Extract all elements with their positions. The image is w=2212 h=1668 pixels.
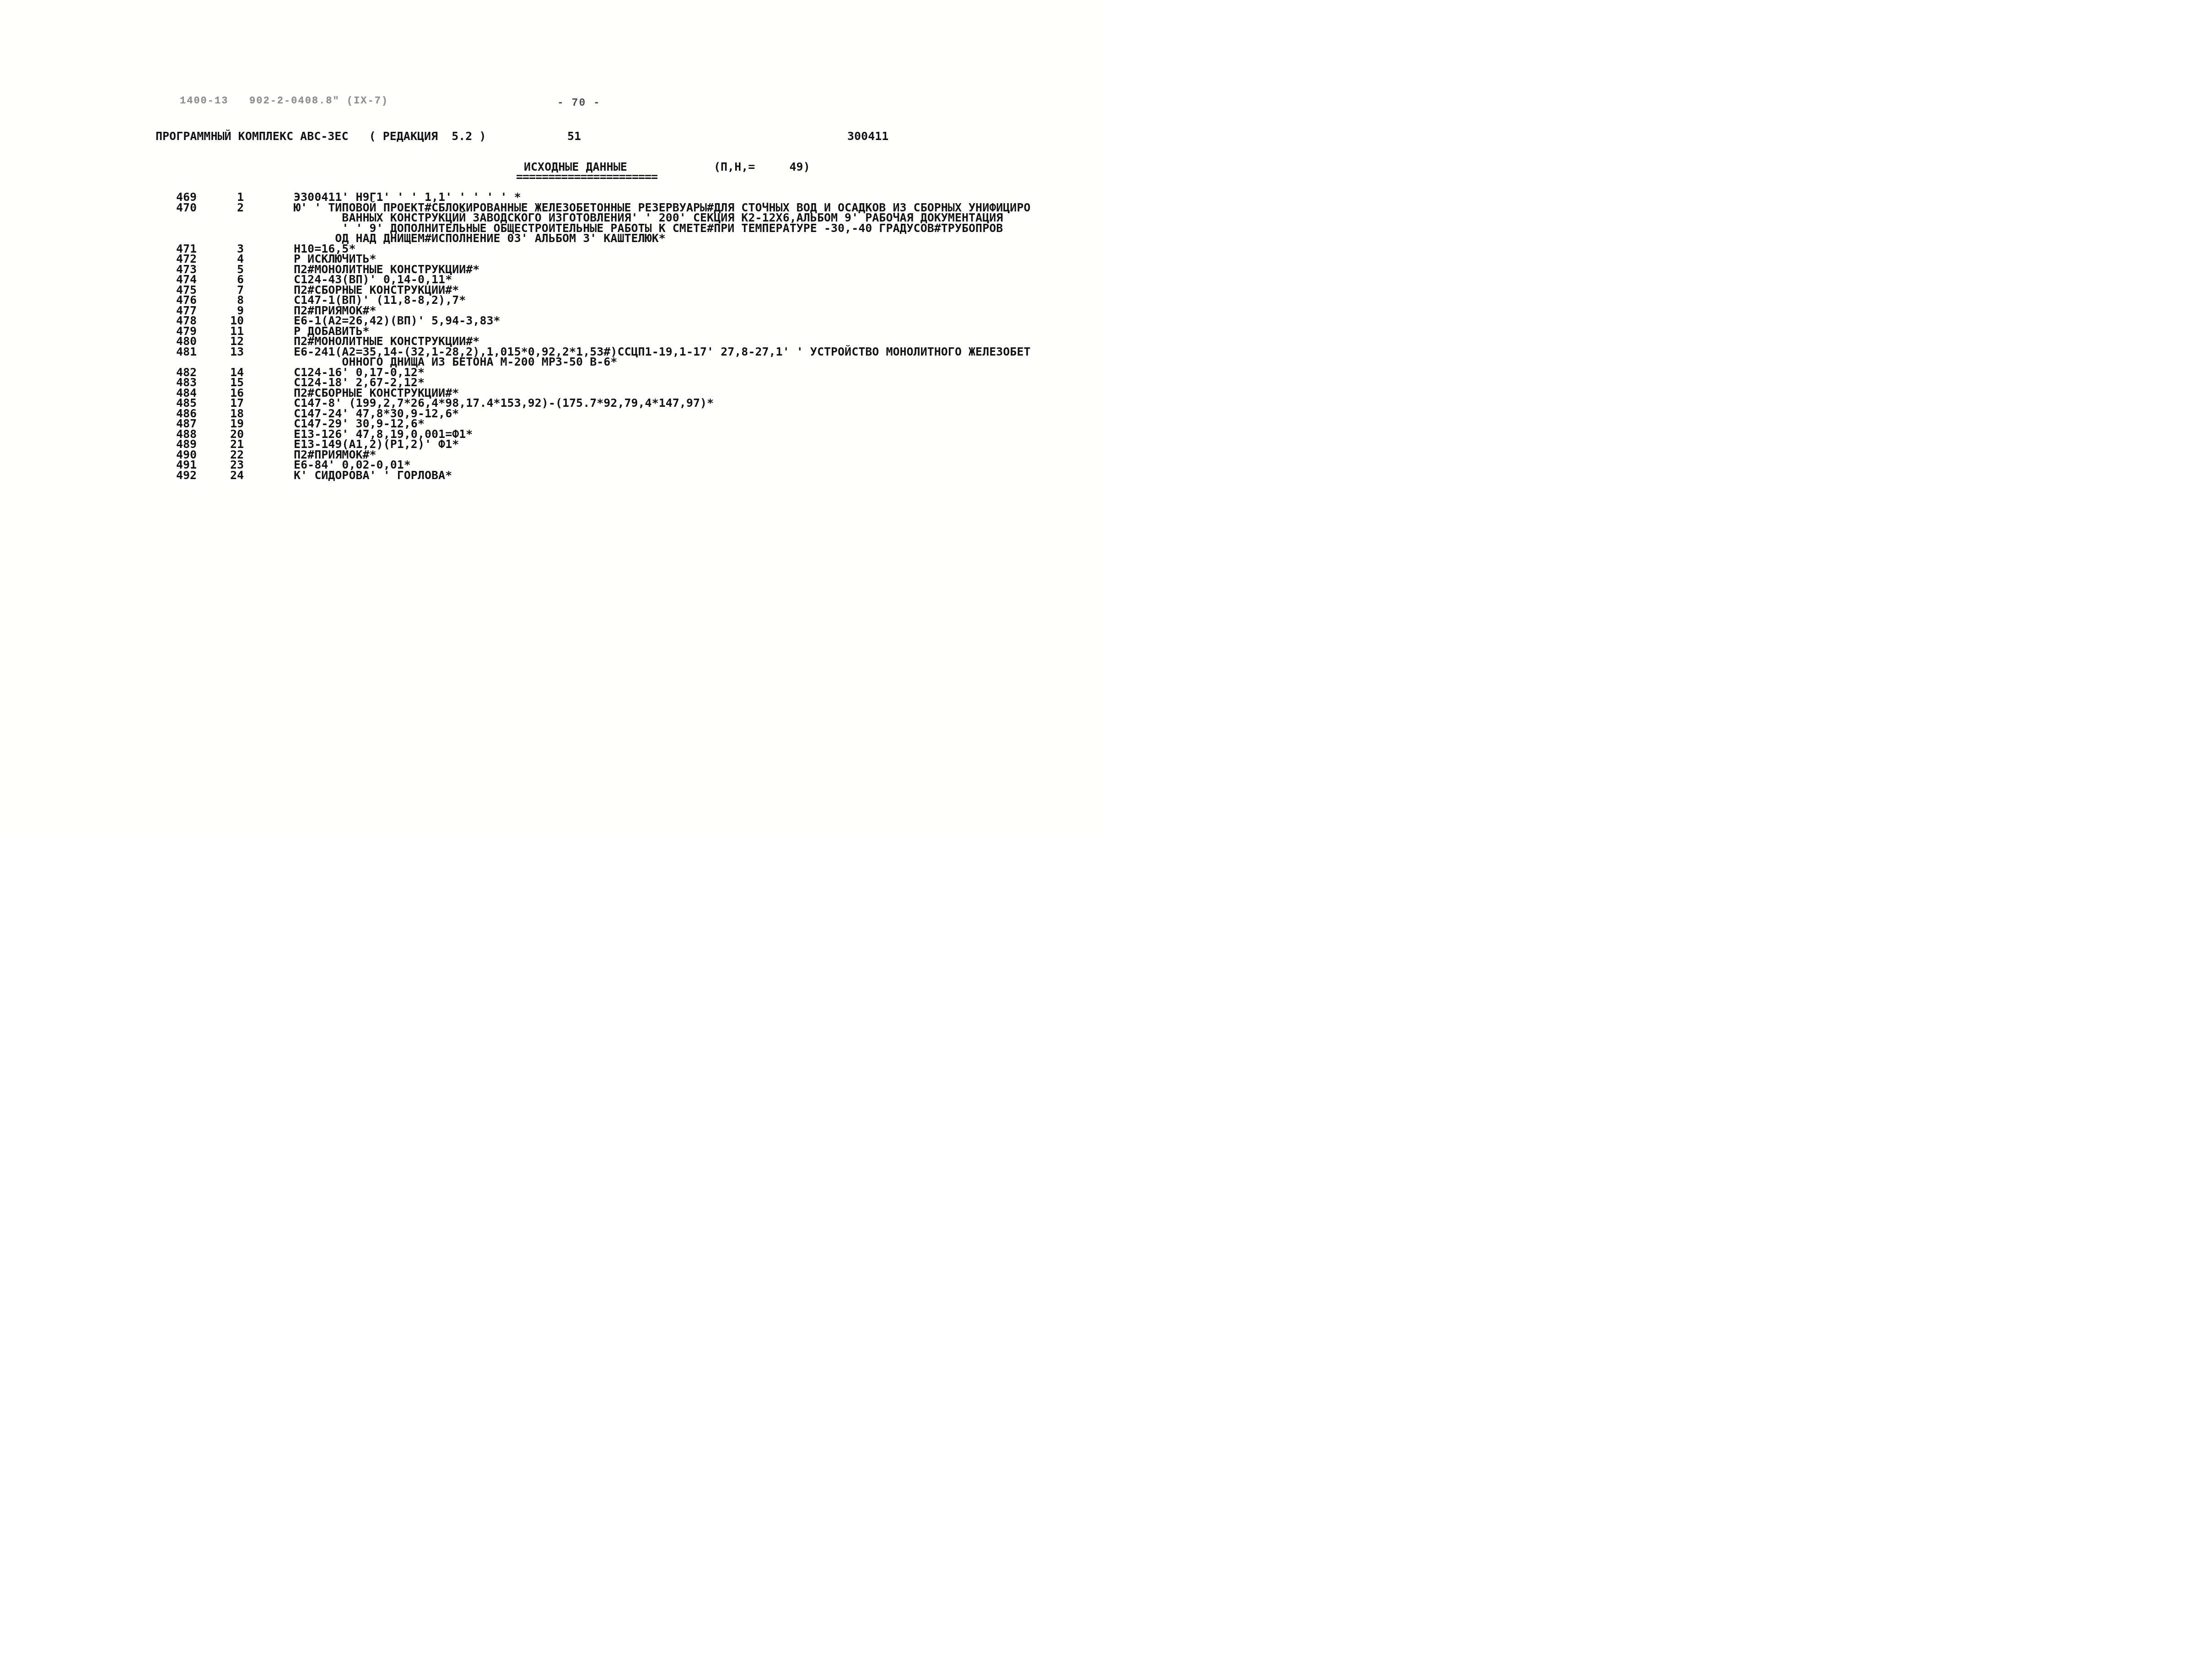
listing-row: 48618С147-24' 47,8*30,9-12,6*	[0, 409, 1106, 419]
listing-row: 4713Н10=16,5*	[0, 244, 1106, 254]
listing-row: 48315С124-18' 2,67-2,12*	[0, 378, 1106, 388]
listing-row: 49123Е6-84' 0,02-0,01*	[0, 460, 1106, 470]
document-ref-code: 1400-13 902-2-0408.8" (IX-7)	[180, 95, 388, 107]
section-page-note: (П,Н,= 49)	[714, 160, 810, 173]
listing-row: 4746С124-43(ВП)' 0,14-0,11*	[0, 275, 1106, 285]
listing-row: 49224К' СИДОРОВА' ' ГОРЛОВА*	[0, 470, 1106, 481]
listing-row: ОННОГО ДНИЩА ИЗ БЕТОНА М-200 МРЗ-50 В-6*	[0, 357, 1106, 367]
listing-row: 4768С147-1(ВП)' (11,8-8,2),7*	[0, 295, 1106, 306]
listing-row: 4757П2#СБОРНЫЕ КОНСТРУКЦИИ#*	[0, 285, 1106, 296]
line-number: 470	[176, 203, 197, 213]
program-header-sheet-number: 51	[567, 130, 581, 143]
program-header-object-code: 300411	[847, 130, 888, 143]
listing-row: ОД НАД ДНИЩЕМ#ИСПОЛНЕНИЕ 03' АЛЬБОМ 3' К…	[0, 233, 1106, 244]
listing-row: 49022П2#ПРИЯМОК#*	[0, 450, 1106, 460]
listing-row: 48820Е13-126' 47,8,19,0,001=Ф1*	[0, 429, 1106, 440]
line-text: К' СИДОРОВА' ' ГОРЛОВА*	[294, 470, 452, 481]
listing-row: 4735П2#МОНОЛИТНЫЕ КОНСТРУКЦИИ#*	[0, 265, 1106, 275]
line-number: 492	[176, 470, 197, 481]
listing-row: 4724Р ИСКЛЮЧИТЬ*	[0, 254, 1106, 265]
page-number: - 70 -	[557, 97, 601, 109]
sequence-number: 2	[208, 203, 244, 213]
line-number: 481	[176, 347, 197, 357]
program-header-title: ПРОГРАММНЫЙ КОМПЛЕКС АВС-3ЕС ( РЕДАКЦИЯ …	[156, 130, 486, 143]
sequence-number: 13	[208, 347, 244, 357]
sequence-number: 24	[208, 470, 244, 481]
listing-row: 48921Е13-149(А1,2)(Р1,2)' Ф1*	[0, 439, 1106, 450]
listing-row: 47911Р ДОБАВИТЬ*	[0, 326, 1106, 337]
listing-row: 48517С147-8' (199,2,7*26,4*98,17.4*153,9…	[0, 398, 1106, 409]
listing: 4691Э300411' Н9Г1' ' ' 1,1' ' ' ' ' *470…	[0, 192, 1106, 480]
section-underline: ======================	[516, 170, 657, 184]
listing-row: 48719С147-29' 30,9-12,6*	[0, 419, 1106, 429]
listing-row: 47810Е6-1(А2=26,42)(ВП)' 5,94-3,83*	[0, 316, 1106, 326]
listing-row: 4779П2#ПРИЯМОК#*	[0, 306, 1106, 316]
printout-page: 1400-13 902-2-0408.8" (IX-7) - 70 - ПРОГ…	[0, 0, 1106, 834]
listing-row: 48214С124-16' 0,17-0,12*	[0, 367, 1106, 378]
